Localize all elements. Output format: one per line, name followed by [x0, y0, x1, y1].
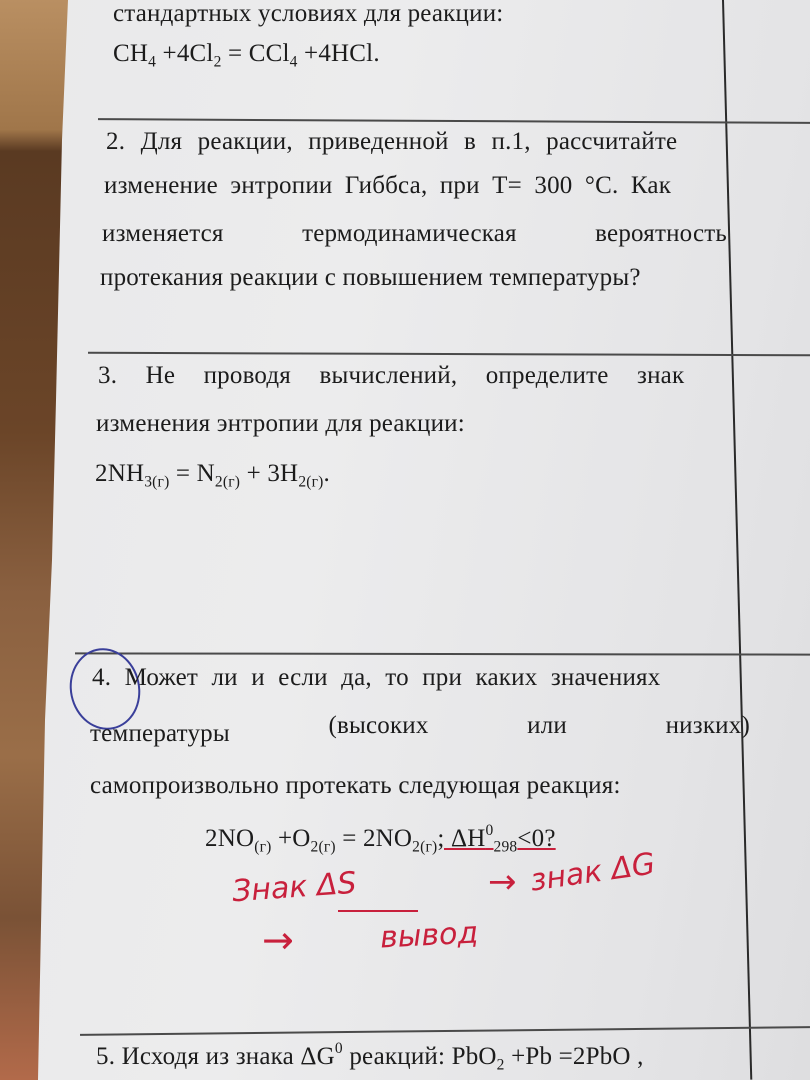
item4-line3: самопроизвольно протекать следующая реак…	[90, 772, 621, 800]
worksheet-paper	[0, 0, 810, 1080]
item5-line1: 5. Исходя из знака ΔG0 реакций: PbO2 +Pb…	[96, 1040, 644, 1074]
item3-line1: 3. Не проводя вычислений, определите зна…	[98, 362, 684, 390]
item2-line2: изменение энтропии Гиббса, при T= 300 °C…	[104, 172, 671, 200]
item2-line1: 2. Для реакции, приведенной в п.1, рассч…	[106, 128, 677, 156]
handwritten-arrow-1: →	[488, 862, 517, 902]
handwritten-arrow-2: →	[262, 918, 294, 962]
item4-line1: 4. Может ли и если да, то при каких знач…	[92, 664, 660, 692]
item3-equation: 2NH3(г) = N2(г) + 3H2(г).	[95, 460, 330, 491]
item1-text: стандартных условиях для реакции:	[113, 0, 503, 28]
handwritten-note-conclusion: вывод	[379, 915, 479, 955]
item1-equation: CH4 +4Cl2 = CCl4 +4HCl.	[113, 40, 380, 71]
item2-line4: протекания реакции с повышением температ…	[100, 264, 641, 292]
item4-line2: температуры (высоких или низких)	[90, 712, 750, 748]
item3-line2: изменения энтропии для реакции:	[96, 410, 465, 438]
handwritten-underline	[338, 910, 418, 912]
item2-line3: изменяется термодинамическая вероятность	[102, 220, 727, 248]
item4-equation: 2NO(г) +O2(г) = 2NO2(г); ΔH0298<0?	[205, 822, 556, 856]
